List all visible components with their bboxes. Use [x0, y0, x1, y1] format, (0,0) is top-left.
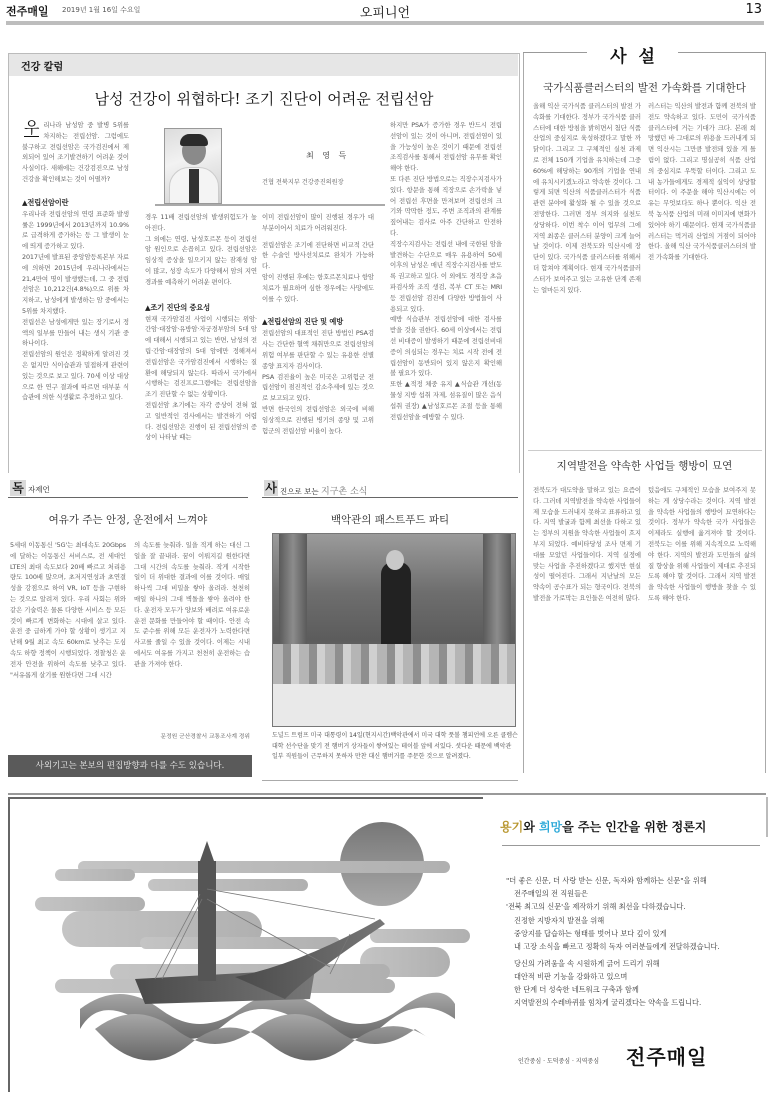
- photo-news-divider: [262, 780, 518, 781]
- ad-right-divider: [766, 797, 768, 837]
- ad-slogan-divider: [502, 845, 760, 846]
- ship-illustration-icon: [10, 799, 483, 1092]
- editorial-2-col2: 텄음에도 구체적인 모습을 보여주지 못하는 게 상당수라는 것이다. 지역 발…: [648, 485, 756, 604]
- health-column-col2: 경우 11배 전립선암의 발생위험도가 높아진다. 그 외에는 연령, 남성호르…: [145, 212, 257, 443]
- editorial-rule-right: [678, 52, 766, 53]
- reader-column-tag: 독 자제언: [8, 480, 248, 498]
- subheading: ▲전립선암의 진단 및 예방: [262, 316, 374, 328]
- reader-tag-rest: 자제언: [28, 484, 50, 495]
- author-title: 건협 전북지부 건강증진의원장: [262, 177, 344, 186]
- ad-slogan: 용기와 희망을 주는 인간을 위한 정론지: [500, 818, 706, 835]
- editorial-rule-left: [523, 52, 587, 53]
- editorial-section-label: 사 설: [590, 42, 678, 67]
- editorial-divider: [528, 450, 762, 451]
- reader-column-col1: 5세대 이동통신 '5G'는 최대속도 20Gbps에 달하는 이동통신 서비스…: [10, 540, 126, 680]
- editorial-headline-1: 국가식품클러스터의 발전 가속화를 기대한다: [523, 80, 766, 95]
- ad-paragraph-1: "더 좋은 신문, 더 사랑 받는 신문, 독자와 함께하는 신문"을 위해 전…: [506, 874, 762, 913]
- health-column-col1: 우 리나라 남성암 중 발병 5위를 차지하는 전립선암. 그럼에도 불구하고 …: [22, 120, 129, 403]
- photo-tag-rest: 진으로 보는 지구촌 소식: [280, 484, 367, 497]
- photo-news-tag: 사 진으로 보는 지구촌 소식: [262, 480, 518, 498]
- news-photo: [272, 533, 516, 727]
- editorial-2-col1: 전북도가 대도약을 말하고 있는 요즘이다. 그러데 지역발전을 약속한 사업들…: [533, 485, 641, 604]
- reader-column-headline: 여유가 주는 안정, 운전에서 느껴야: [8, 512, 248, 527]
- ad-paragraph-2: 진정한 지방자치 발전을 위해 중앙지를 답습하는 형태를 벗어나 보다 깊이 …: [506, 914, 762, 953]
- reader-tag-initial: 독: [10, 480, 26, 496]
- author-divider: [155, 204, 385, 206]
- subheading: ▲전립선암이란: [22, 197, 129, 209]
- reader-column-byline: 문정원 군산경찰서 교통조사계 경위: [134, 731, 250, 740]
- health-column-col4: 하지만 PSA가 증가한 경우 반드시 전립선암이 있는 것이 아니며, 전립선…: [390, 120, 502, 422]
- masthead-section-title: 오피니언: [0, 2, 770, 21]
- ad-top-divider: [8, 793, 766, 795]
- photo-caption: 도널드 트럼프 미국 대통령이 14일(현지시간)백악관에서 미국 대학 풋볼 …: [272, 731, 518, 763]
- ad-footer-tagline: 인간중심 · 도덕중심 · 지역중심: [518, 1056, 599, 1065]
- subheading: ▲조기 진단의 중요성: [145, 302, 257, 314]
- author-name: 최 영 득: [306, 150, 349, 161]
- photo-tag-initial: 사: [264, 480, 278, 496]
- ad-illustration-frame: [8, 797, 483, 1092]
- health-column-headline: 남성 건강이 위협하다! 조기 진단이 어려운 전립선암: [8, 88, 520, 109]
- author-photo: [164, 128, 222, 204]
- contribution-notice: 사외기고는 본보의 편집방향과 다를 수도 있습니다.: [8, 755, 252, 777]
- dropcap: 우: [24, 120, 39, 137]
- masthead-divider: [6, 21, 764, 25]
- ad-footer-logo: 전주매일: [626, 1041, 707, 1070]
- photo-news-headline: 백악관의 패스트푸드 파티: [262, 512, 518, 527]
- editorial-1-col1: 올해 익산 국가식품 클러스터의 발전 가속화를 기대한다. 정부가 국가식품 …: [533, 101, 641, 295]
- editorial-headline-2: 지역발전을 약속한 사업들 행방이 묘연: [523, 458, 766, 473]
- ad-paragraph-3: 당신의 가려움을 속 시원하게 긁어 드리기 위해 대안적 비판 기능을 강화하…: [506, 957, 762, 1009]
- health-column-tag-label: 건강 칼럼: [21, 58, 63, 73]
- health-column-tag: 건강 칼럼: [9, 54, 518, 76]
- reader-column-col2: 의 속도를 늦춰라. 일을 적게 하는 대신 그 일을 잘 끝내라. 꿈이 이뤄…: [134, 540, 250, 670]
- editorial-1-col2: 러스터는 익산의 발전과 함께 전북의 발전도 약속하고 있다. 도민이 국가식…: [648, 101, 756, 263]
- masthead-page-number: 13: [745, 2, 762, 17]
- health-column-col3: 이미 전립선암이 많이 진행된 경우가 대부분이어서 치료가 어려워진다. 전립…: [262, 212, 374, 436]
